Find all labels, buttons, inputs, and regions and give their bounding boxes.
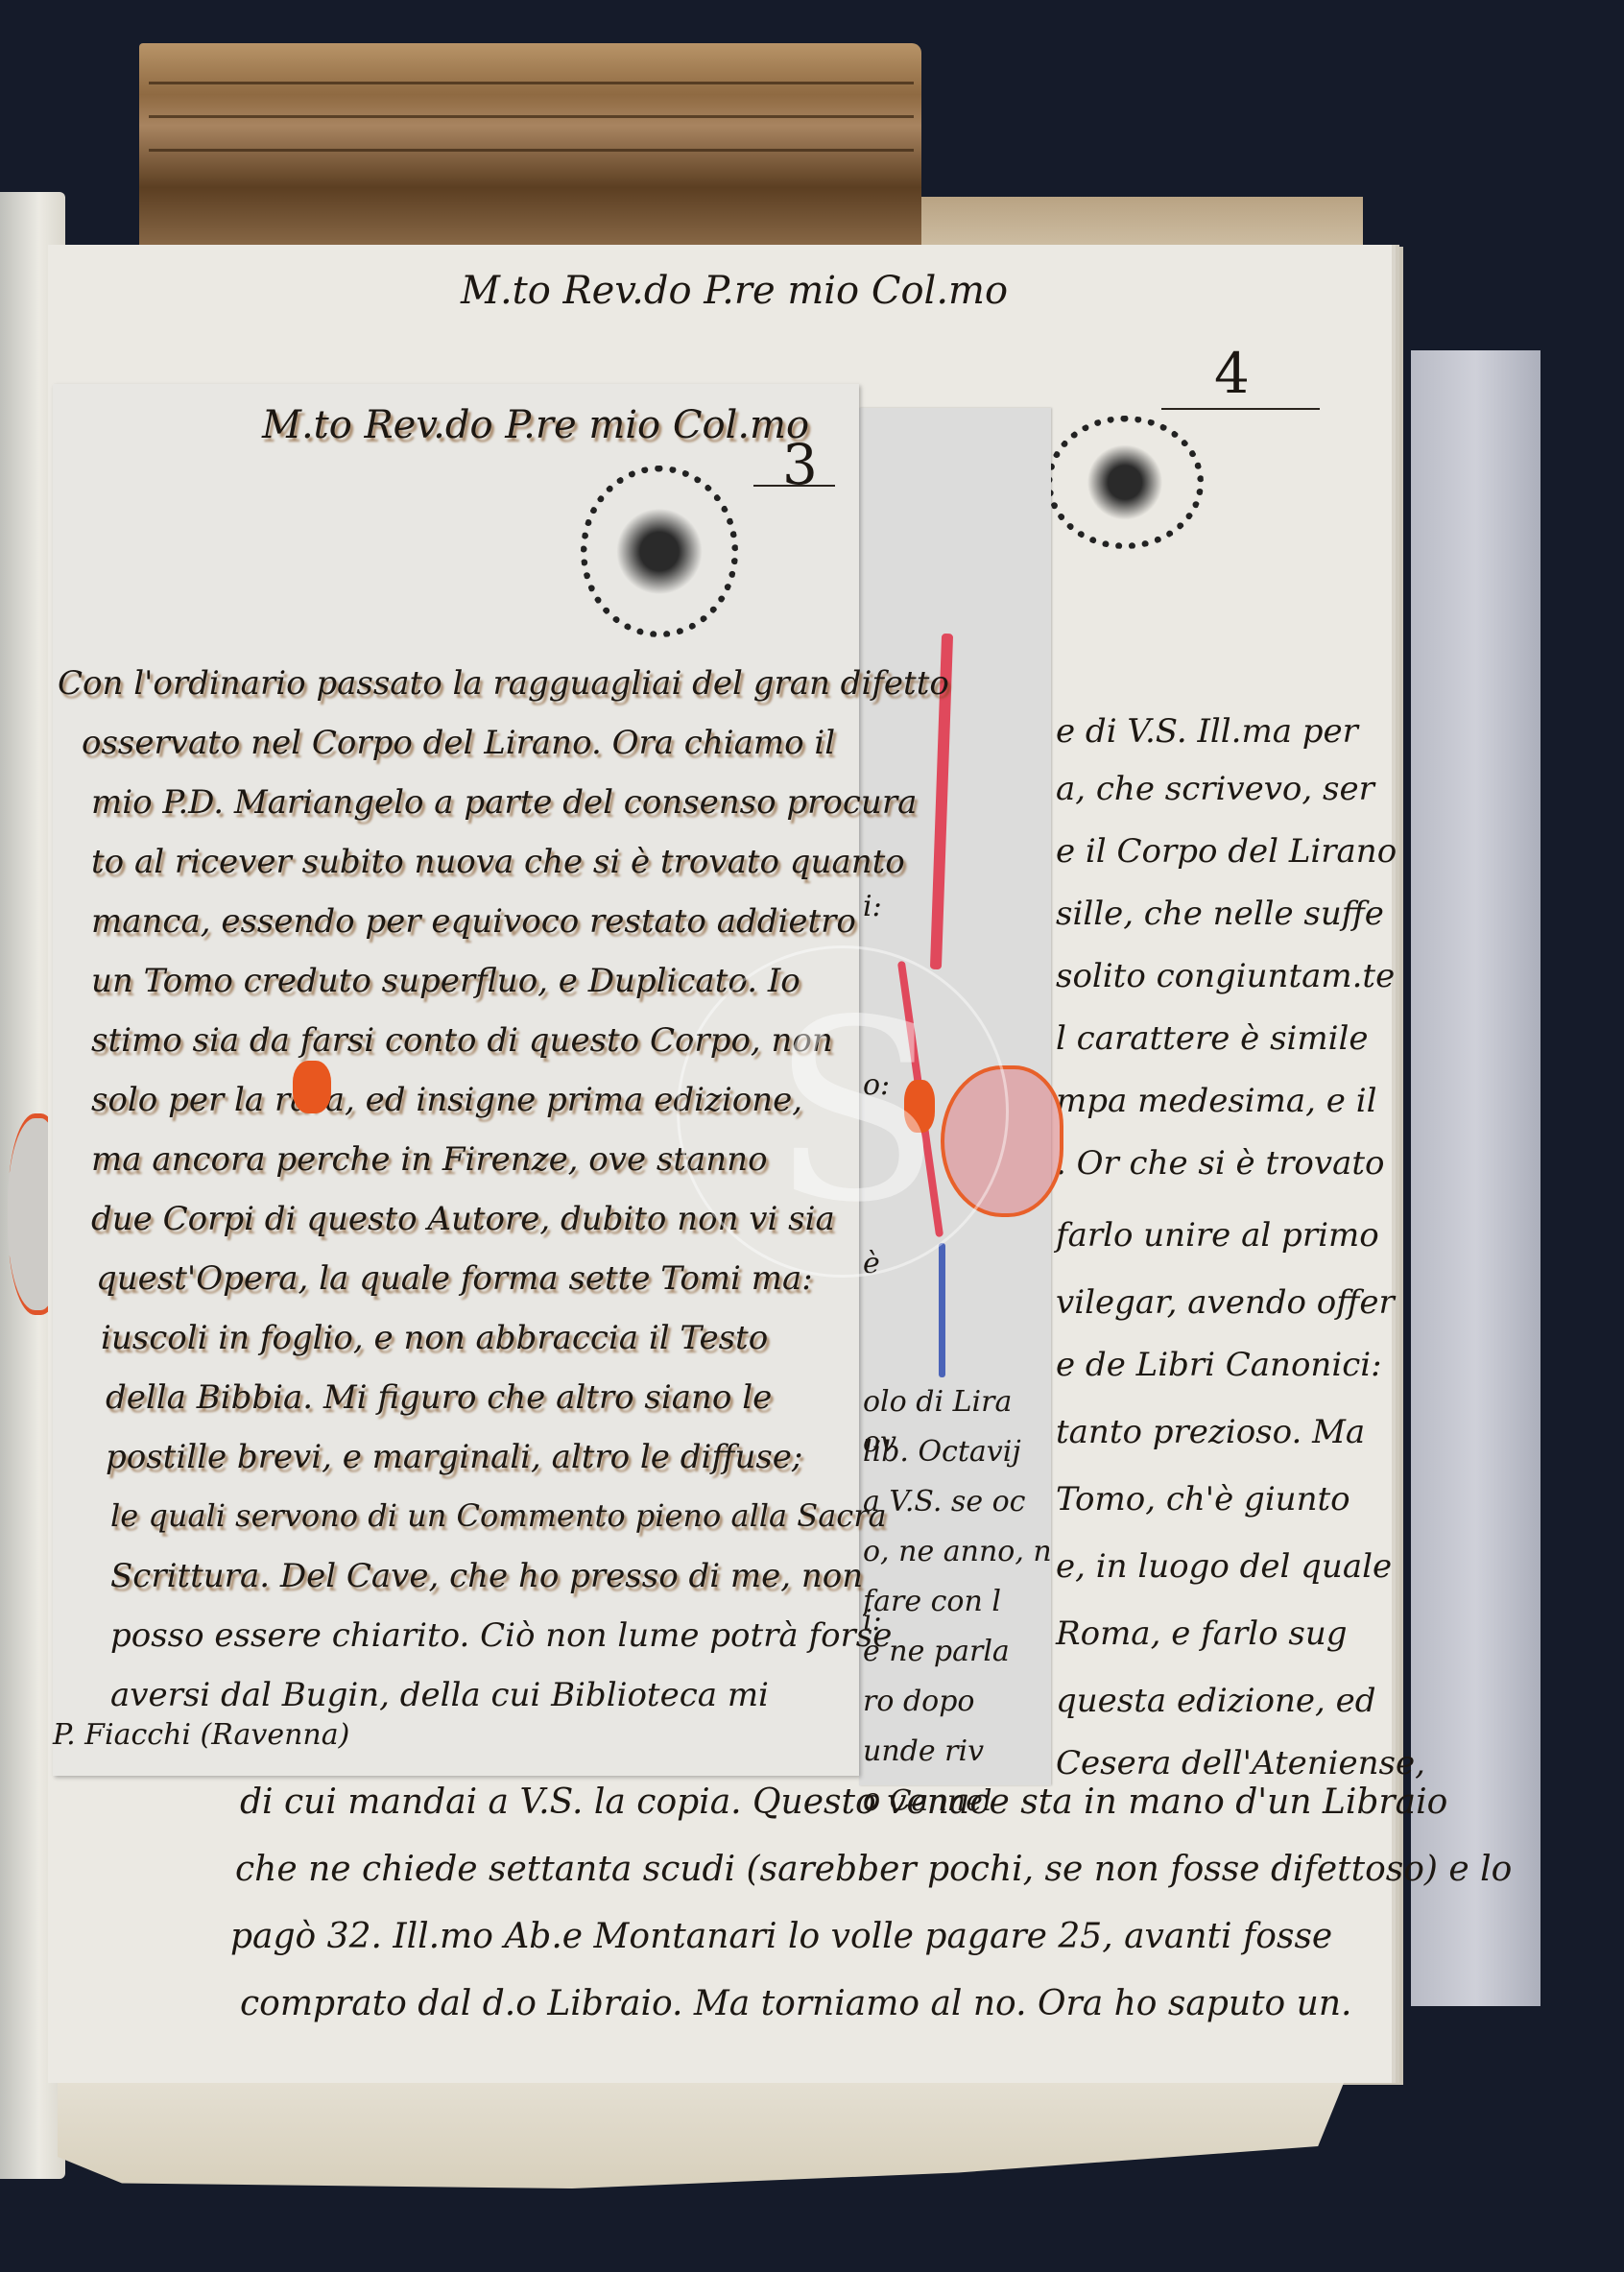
text-line: e, in luogo del quale xyxy=(1056,1550,1392,1583)
archive-watermark-icon: S xyxy=(677,945,1009,1278)
bundle-fold xyxy=(149,149,914,152)
text-line: e di V.S. Ill.ma per xyxy=(1056,715,1358,748)
text-line: mio P.D. Mariangelo a parte del consenso… xyxy=(91,786,917,819)
text-line: osservato nel Corpo del Lirano. Ora chia… xyxy=(82,727,835,759)
text-fragment: ro dopo xyxy=(863,1677,1051,1727)
text-line: pagò 32. Ill.mo Ab.e Montanari lo volle … xyxy=(230,1920,1332,1954)
text-line: iuscoli in foglio, e non abbraccia il Te… xyxy=(101,1322,768,1354)
text-line: della Bibbia. Mi figuro che altro siano … xyxy=(106,1381,772,1414)
text-fragment: o, ne anno, n xyxy=(863,1527,1051,1577)
text-line: e il Corpo del Lirano xyxy=(1056,835,1397,868)
page-number-underline xyxy=(1161,408,1320,410)
text-line: e de Libri Canonici: xyxy=(1056,1349,1382,1381)
postal-stamp-icon xyxy=(581,466,738,637)
text-line: aversi dal Bugin, della cui Biblioteca m… xyxy=(110,1679,769,1711)
postal-stamp-icon xyxy=(1046,416,1204,549)
text-line: questa edizione, ed xyxy=(1056,1685,1376,1717)
text-line: vilegar, avendo offer xyxy=(1056,1286,1395,1319)
tissue-paper xyxy=(1411,350,1540,2006)
text-line: di cui mandai a V.S. la copia. Questo ve… xyxy=(240,1785,1447,1820)
outer-page-number: 4 xyxy=(1214,341,1250,406)
text-fragment: lib. Octavij xyxy=(863,1427,1051,1477)
text-line: Roma, e farlo sug xyxy=(1056,1617,1348,1650)
bundle-fold xyxy=(149,115,914,118)
watermark-letter: S xyxy=(771,968,942,1257)
inner-page-number: 3 xyxy=(782,432,818,497)
text-line: Tomo, ch'è giunto xyxy=(1056,1483,1350,1516)
page-number-underline xyxy=(753,485,835,487)
blue-pencil-mark xyxy=(939,1243,945,1377)
text-line: le quali servono di un Commento pieno al… xyxy=(110,1500,887,1531)
outer-salutation: M.to Rev.do P.re mio Col.mo xyxy=(461,269,1008,313)
text-fragment: a V.S. se oc xyxy=(863,1477,1051,1527)
text-line: un Tomo creduto superfluo, e Duplicato. … xyxy=(91,965,800,997)
text-line: mpa medesima, e il xyxy=(1056,1085,1376,1117)
text-line: Cesera dell'Ateniense, xyxy=(1056,1747,1425,1780)
text-line: tanto prezioso. Ma xyxy=(1056,1416,1365,1448)
text-line: postille brevi, e marginali, altro le di… xyxy=(106,1441,802,1473)
text-line: sille, che nelle suffe xyxy=(1056,897,1384,930)
text-line: manca, essendo per equivoco restato addi… xyxy=(91,905,856,938)
text-line: comprato dal d.o Libraio. Ma torniamo al… xyxy=(240,1987,1352,2021)
bundle-fold xyxy=(149,82,914,84)
annotation-note: P. Fiacchi (Ravenna) xyxy=(53,1718,349,1752)
text-line: ma ancora perche in Firenze, ove stanno xyxy=(91,1143,768,1176)
text-fragment: i: xyxy=(863,877,899,937)
text-fragment: unde riv xyxy=(863,1727,1051,1777)
text-fragment: o Cannel xyxy=(863,1777,1051,1827)
inner-salutation: M.to Rev.do P.re mio Col.mo xyxy=(262,403,809,447)
text-line: solito congiuntam.te xyxy=(1056,960,1395,993)
folded-paper-bundle xyxy=(139,43,921,250)
text-line: quest'Opera, la quale forma sette Tomi m… xyxy=(96,1262,813,1295)
strip-fragments-bottom: olo di Lira lib. Octavij a V.S. se oc o,… xyxy=(863,1377,1051,1827)
text-line: to al ricever subito nuova che si è trov… xyxy=(91,846,905,878)
text-line: Scrittura. Del Cave, che ho presso di me… xyxy=(110,1560,863,1592)
text-line: Con l'ordinario passato la ragguagliai d… xyxy=(58,667,949,700)
outer-letter-bottom-edge xyxy=(58,2083,1344,2188)
text-line: a, che scrivevo, ser xyxy=(1056,773,1374,805)
text-line: posso essere chiarito. Ciò non lume potr… xyxy=(110,1619,892,1652)
text-line: . Or che si è trovato xyxy=(1056,1147,1384,1180)
text-line: farlo unire al primo xyxy=(1056,1219,1379,1252)
wax-fragment xyxy=(293,1061,331,1113)
text-line: l carattere è simile xyxy=(1056,1022,1369,1055)
text-fragment: olo di Lira xyxy=(863,1377,1051,1427)
